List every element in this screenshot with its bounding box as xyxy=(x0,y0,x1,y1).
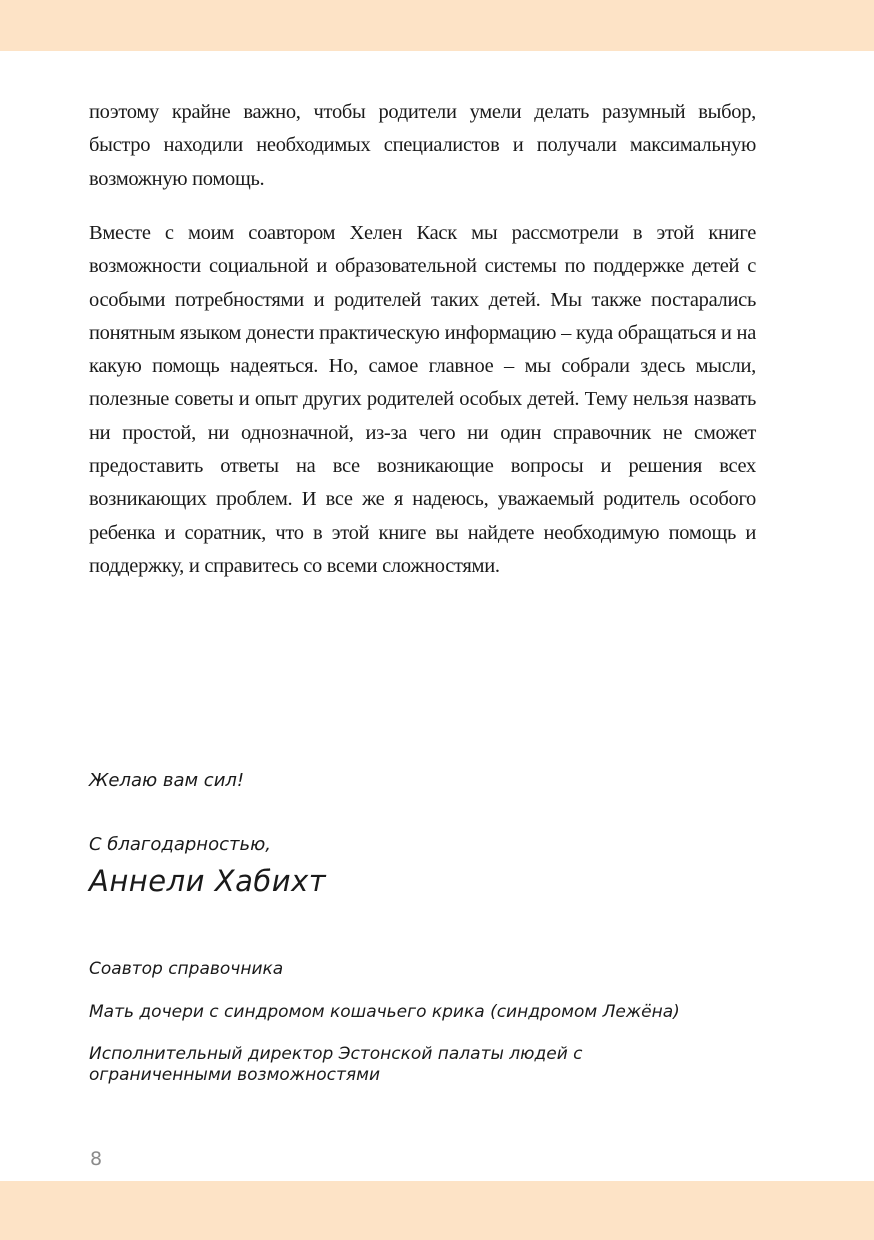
page-number: 8 xyxy=(90,1148,102,1170)
closing-wish: Желаю вам сил! xyxy=(89,770,244,791)
author-signature: Аннели Хабихт xyxy=(89,864,326,898)
author-role-mother: Мать дочери с синдромом кошачьего крика … xyxy=(89,1002,680,1022)
closing-thanks: С благодарностью, xyxy=(89,834,271,855)
body-paragraph-1: поэтому крайне важно, чтобы родители уме… xyxy=(89,96,756,196)
author-role-director: Исполнительный директор Эстонской палаты… xyxy=(89,1044,709,1086)
author-role-coauthor: Соавтор справочника xyxy=(89,959,283,979)
footer-band xyxy=(0,1181,874,1240)
header-band xyxy=(0,0,874,51)
paragraph-text: поэтому крайне важно, чтобы родители уме… xyxy=(89,96,756,196)
paragraph-text: Вместе с моим соавтором Хелен Каск мы ра… xyxy=(89,217,756,583)
body-paragraph-2: Вместе с моим соавтором Хелен Каск мы ра… xyxy=(89,217,756,583)
